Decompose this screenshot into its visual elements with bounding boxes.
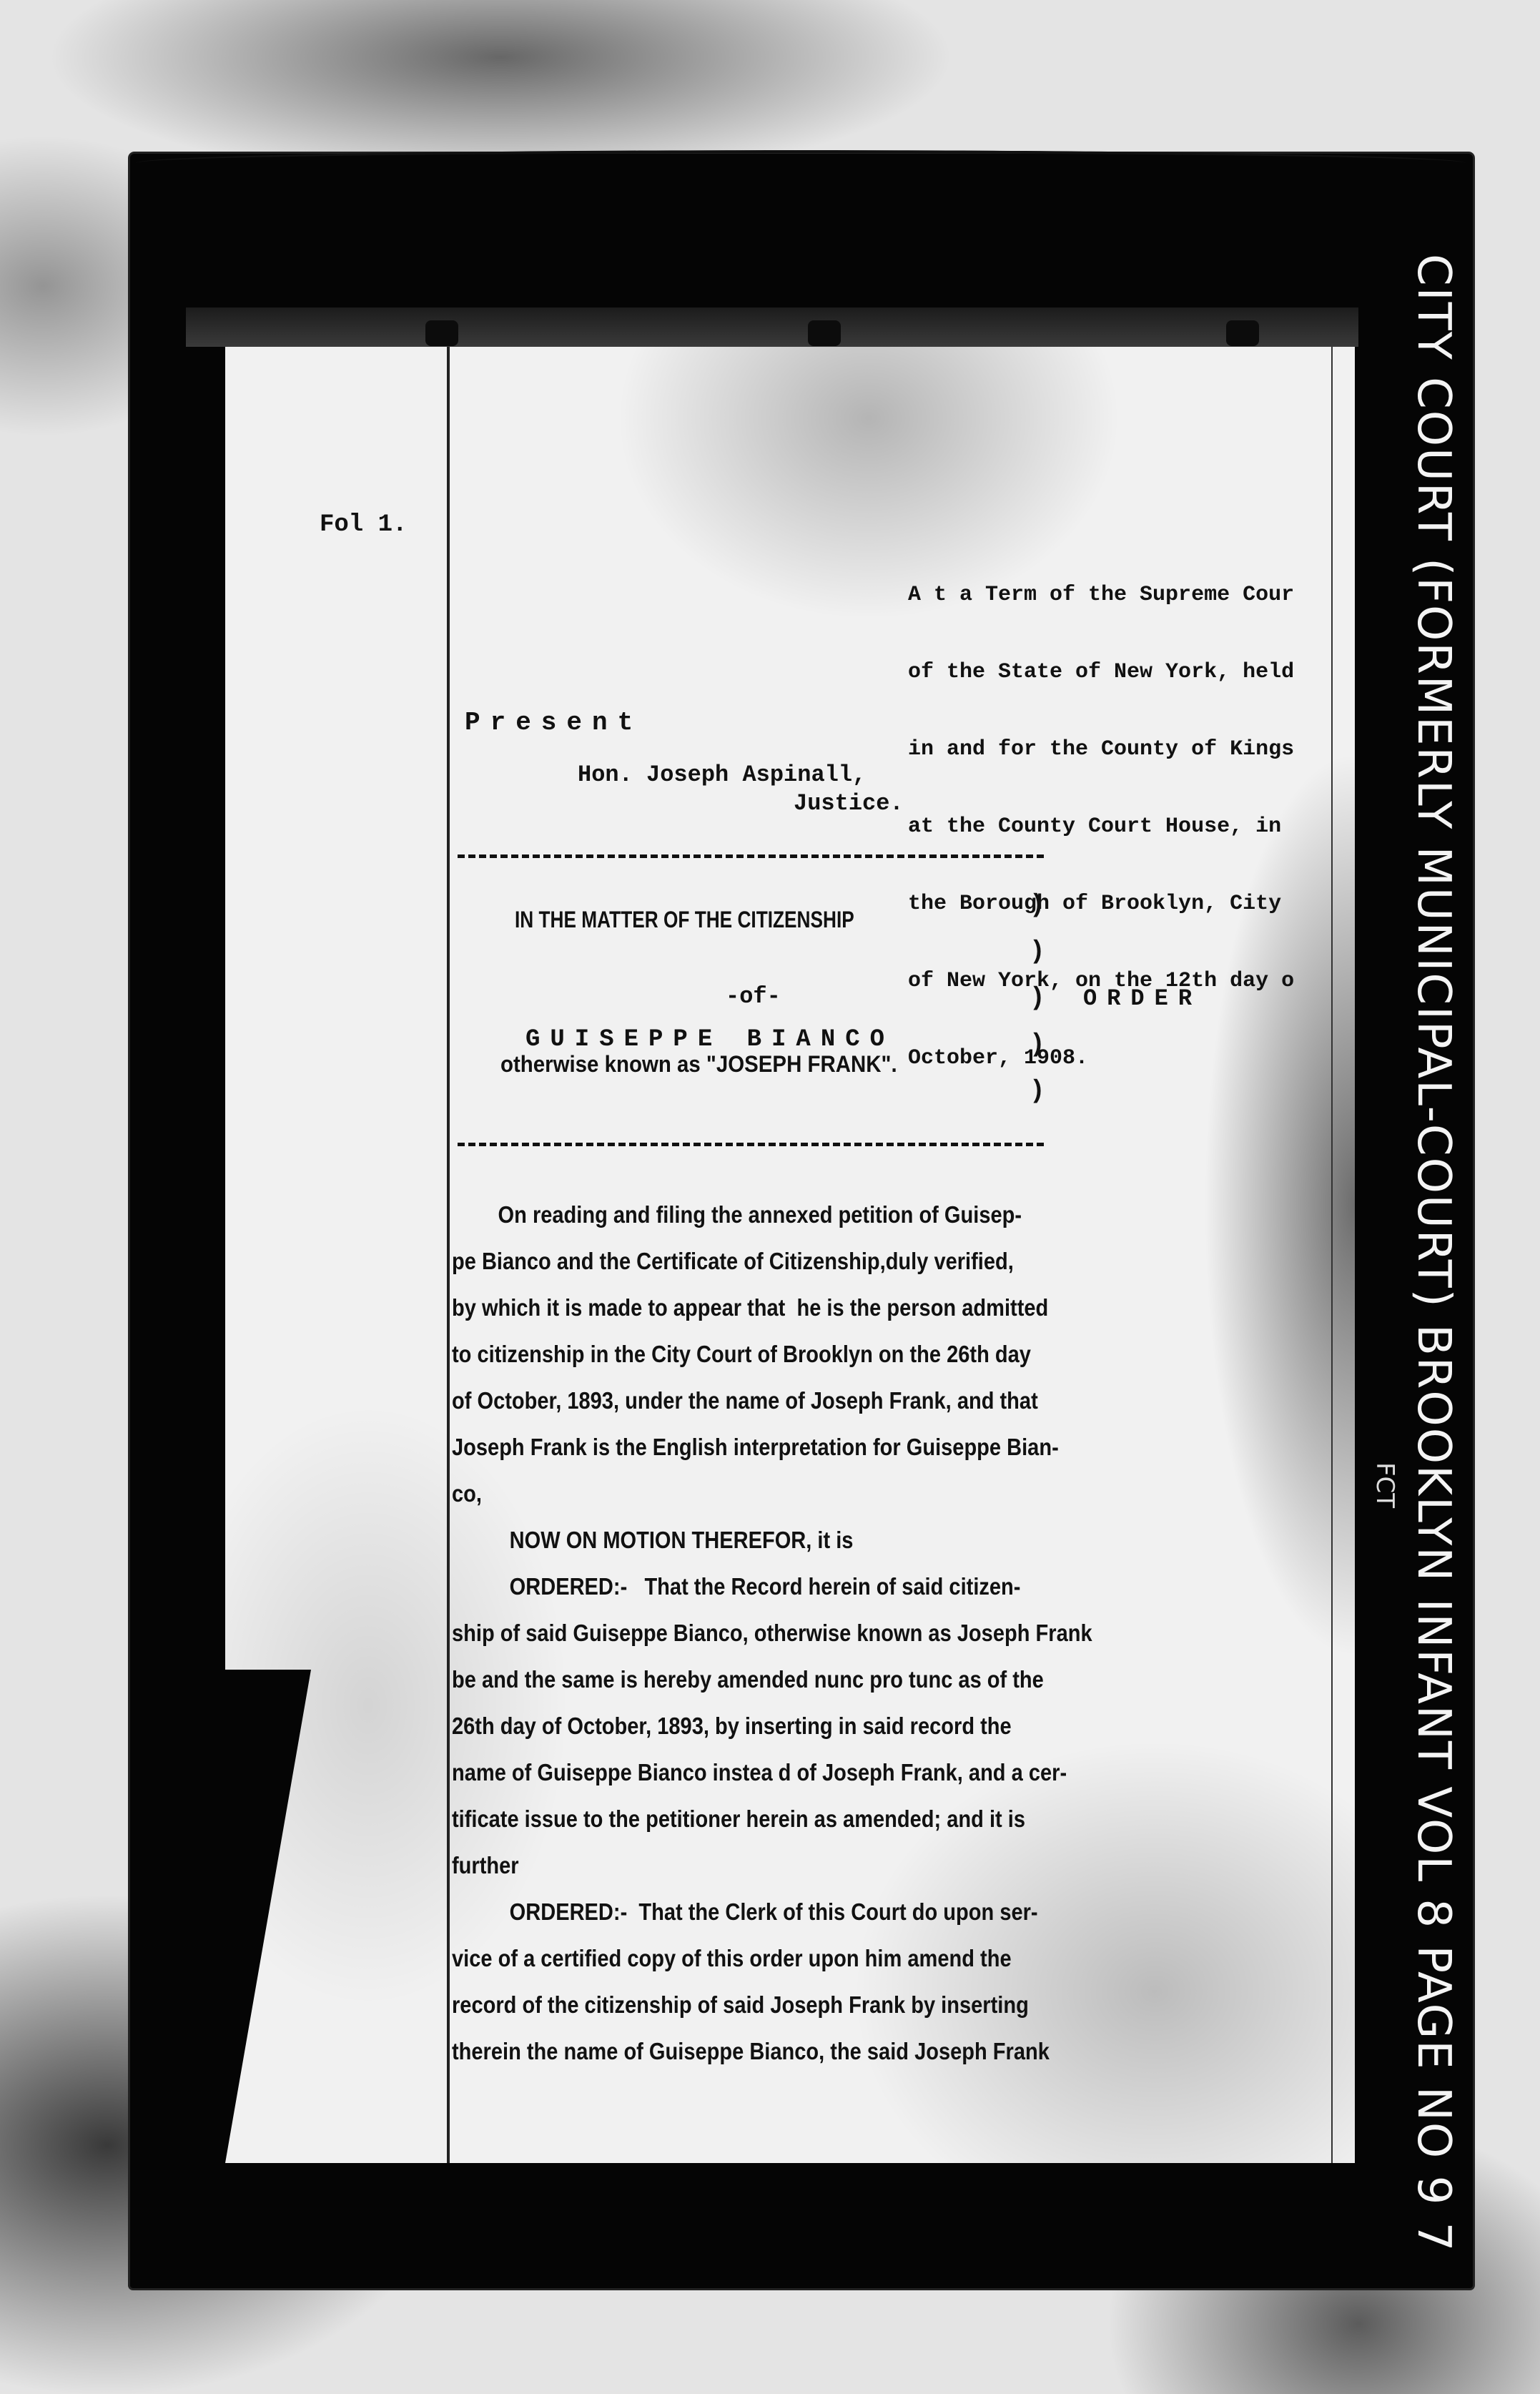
spine-label-sub: FCT (1371, 1462, 1399, 1508)
spine-label-text: CITY COURT (FORMERLY MUNICIPAL-COURT) BR… (1407, 254, 1460, 2252)
body-line: name of Guiseppe Bianco instea d of Jose… (452, 1759, 1067, 1786)
bracket-paren: ) (1030, 937, 1045, 966)
caption-line: at the County Court House, in (908, 814, 1294, 839)
bracket-paren: ) (1030, 1076, 1045, 1105)
body-line: co, (452, 1480, 482, 1507)
bracket-paren: ) (1030, 1030, 1045, 1059)
caption-line: A t a Term of the Supreme Cour (908, 582, 1294, 608)
petitioner-name: GUISEPPE BIANCO (525, 1026, 894, 1053)
present-label: Present (465, 708, 643, 737)
body-line: to citizenship in the City Court of Broo… (452, 1341, 1031, 1368)
body-line: ORDERED:- That the Record herein of said… (452, 1573, 1020, 1600)
clamp-knob-icon (1226, 320, 1259, 346)
caption-line: in and for the County of Kings (908, 737, 1294, 762)
petitioner-alias: otherwise known as "JOSEPH FRANK". (500, 1051, 897, 1078)
spine-label: CITY COURT (FORMERLY MUNICIPAL-COURT) BR… (1383, 254, 1484, 2113)
right-margin-rule (1331, 347, 1333, 2163)
body-line: On reading and filing the annexed petiti… (452, 1201, 1022, 1228)
order-title: ORDER (1083, 985, 1202, 1012)
folio-number: Fol 1. (320, 511, 407, 538)
justice-title: Justice. (794, 790, 904, 817)
body-line: pe Bianco and the Certificate of Citizen… (452, 1248, 1014, 1275)
clamp-knob-icon (808, 320, 841, 346)
body-line: NOW ON MOTION THEREFOR, it is (452, 1527, 853, 1554)
matter-of: -of- (726, 983, 781, 1010)
clamp-knob-icon (425, 320, 458, 346)
body-line: therein the name of Guiseppe Bianco, the… (452, 2038, 1050, 2065)
body-line: vice of a certified copy of this order u… (452, 1945, 1012, 1972)
page-fold-shadow (225, 1670, 311, 2163)
caption-line: October, 1908. (908, 1045, 1294, 1071)
body-line: of October, 1893, under the name of Jose… (452, 1387, 1038, 1414)
margin-rule (447, 347, 450, 2163)
dashed-divider-top (458, 854, 1044, 858)
court-caption: A t a Term of the Supreme Cour of the St… (908, 531, 1294, 1097)
matter-heading: IN THE MATTER OF THE CITIZENSHIP (515, 907, 854, 933)
bracket-paren: ) (1030, 983, 1045, 1013)
body-line: 26th day of October, 1893, by inserting … (452, 1713, 1012, 1740)
body-line: record of the citizenship of said Joseph… (452, 1991, 1029, 2019)
body-line: Joseph Frank is the English interpretati… (452, 1434, 1059, 1461)
clamp-bar (186, 307, 1358, 347)
caption-line: of the State of New York, held (908, 659, 1294, 685)
body-line: by which it is made to appear that he is… (452, 1294, 1048, 1321)
body-line: tificate issue to the petitioner herein … (452, 1806, 1025, 1833)
caption-line: the Borough of Brooklyn, City (908, 891, 1294, 917)
body-line: ORDERED:- That the Clerk of this Court d… (452, 1898, 1038, 1926)
dashed-divider-bottom (458, 1143, 1044, 1146)
justice-name: Hon. Joseph Aspinall, (578, 762, 866, 788)
body-line: be and the same is hereby amended nunc p… (452, 1666, 1044, 1693)
body-line: further (452, 1852, 519, 1879)
bracket-paren: ) (1030, 890, 1045, 920)
body-line: ship of said Guiseppe Bianco, otherwise … (452, 1620, 1092, 1647)
